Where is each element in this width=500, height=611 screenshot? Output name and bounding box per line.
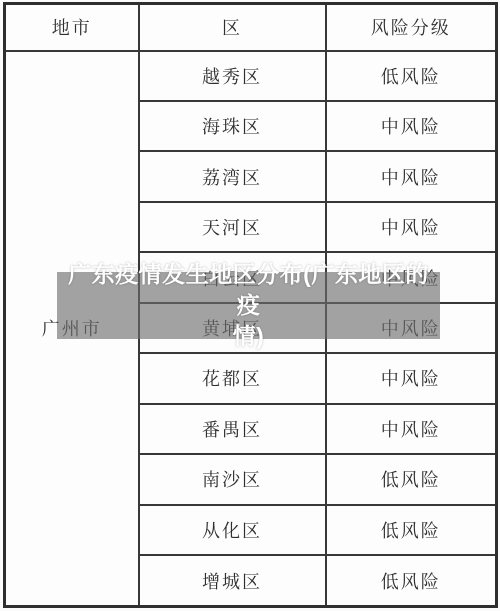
header-cell-district: 区 — [139, 4, 326, 51]
table-row: 广州市 越秀区 低风险 — [5, 51, 497, 101]
risk-cell: 低风险 — [326, 51, 497, 101]
title-line-2: 情) — [233, 321, 265, 352]
district-cell: 南沙区 — [139, 454, 326, 504]
risk-cell: 中风险 — [326, 151, 497, 201]
risk-cell: 低风险 — [326, 555, 497, 606]
district-cell: 荔湾区 — [139, 151, 326, 201]
risk-cell: 低风险 — [326, 454, 497, 504]
page-background: 地市 区 风险分级 广州市 越秀区 低风险 海珠区 中风险 荔湾区 中风险 天河… — [0, 0, 500, 611]
risk-cell: 中风险 — [326, 202, 497, 252]
title-line-1: 广东疫情发生地区分布(广东地区的疫 — [57, 259, 440, 321]
risk-cell: 中风险 — [326, 353, 497, 403]
district-cell: 海珠区 — [139, 101, 326, 151]
district-cell: 从化区 — [139, 505, 326, 555]
title-overlay: 广东疫情发生地区分布(广东地区的疫 情) — [57, 272, 440, 339]
risk-cell: 中风险 — [326, 404, 497, 454]
district-cell: 增城区 — [139, 555, 326, 606]
district-cell: 番禺区 — [139, 404, 326, 454]
district-cell: 花都区 — [139, 353, 326, 403]
risk-cell: 低风险 — [326, 505, 497, 555]
risk-cell: 中风险 — [326, 101, 497, 151]
district-cell: 越秀区 — [139, 51, 326, 101]
table-header-row: 地市 区 风险分级 — [5, 4, 497, 51]
header-cell-risk: 风险分级 — [326, 4, 497, 51]
header-cell-city: 地市 — [5, 4, 139, 51]
district-cell: 天河区 — [139, 202, 326, 252]
